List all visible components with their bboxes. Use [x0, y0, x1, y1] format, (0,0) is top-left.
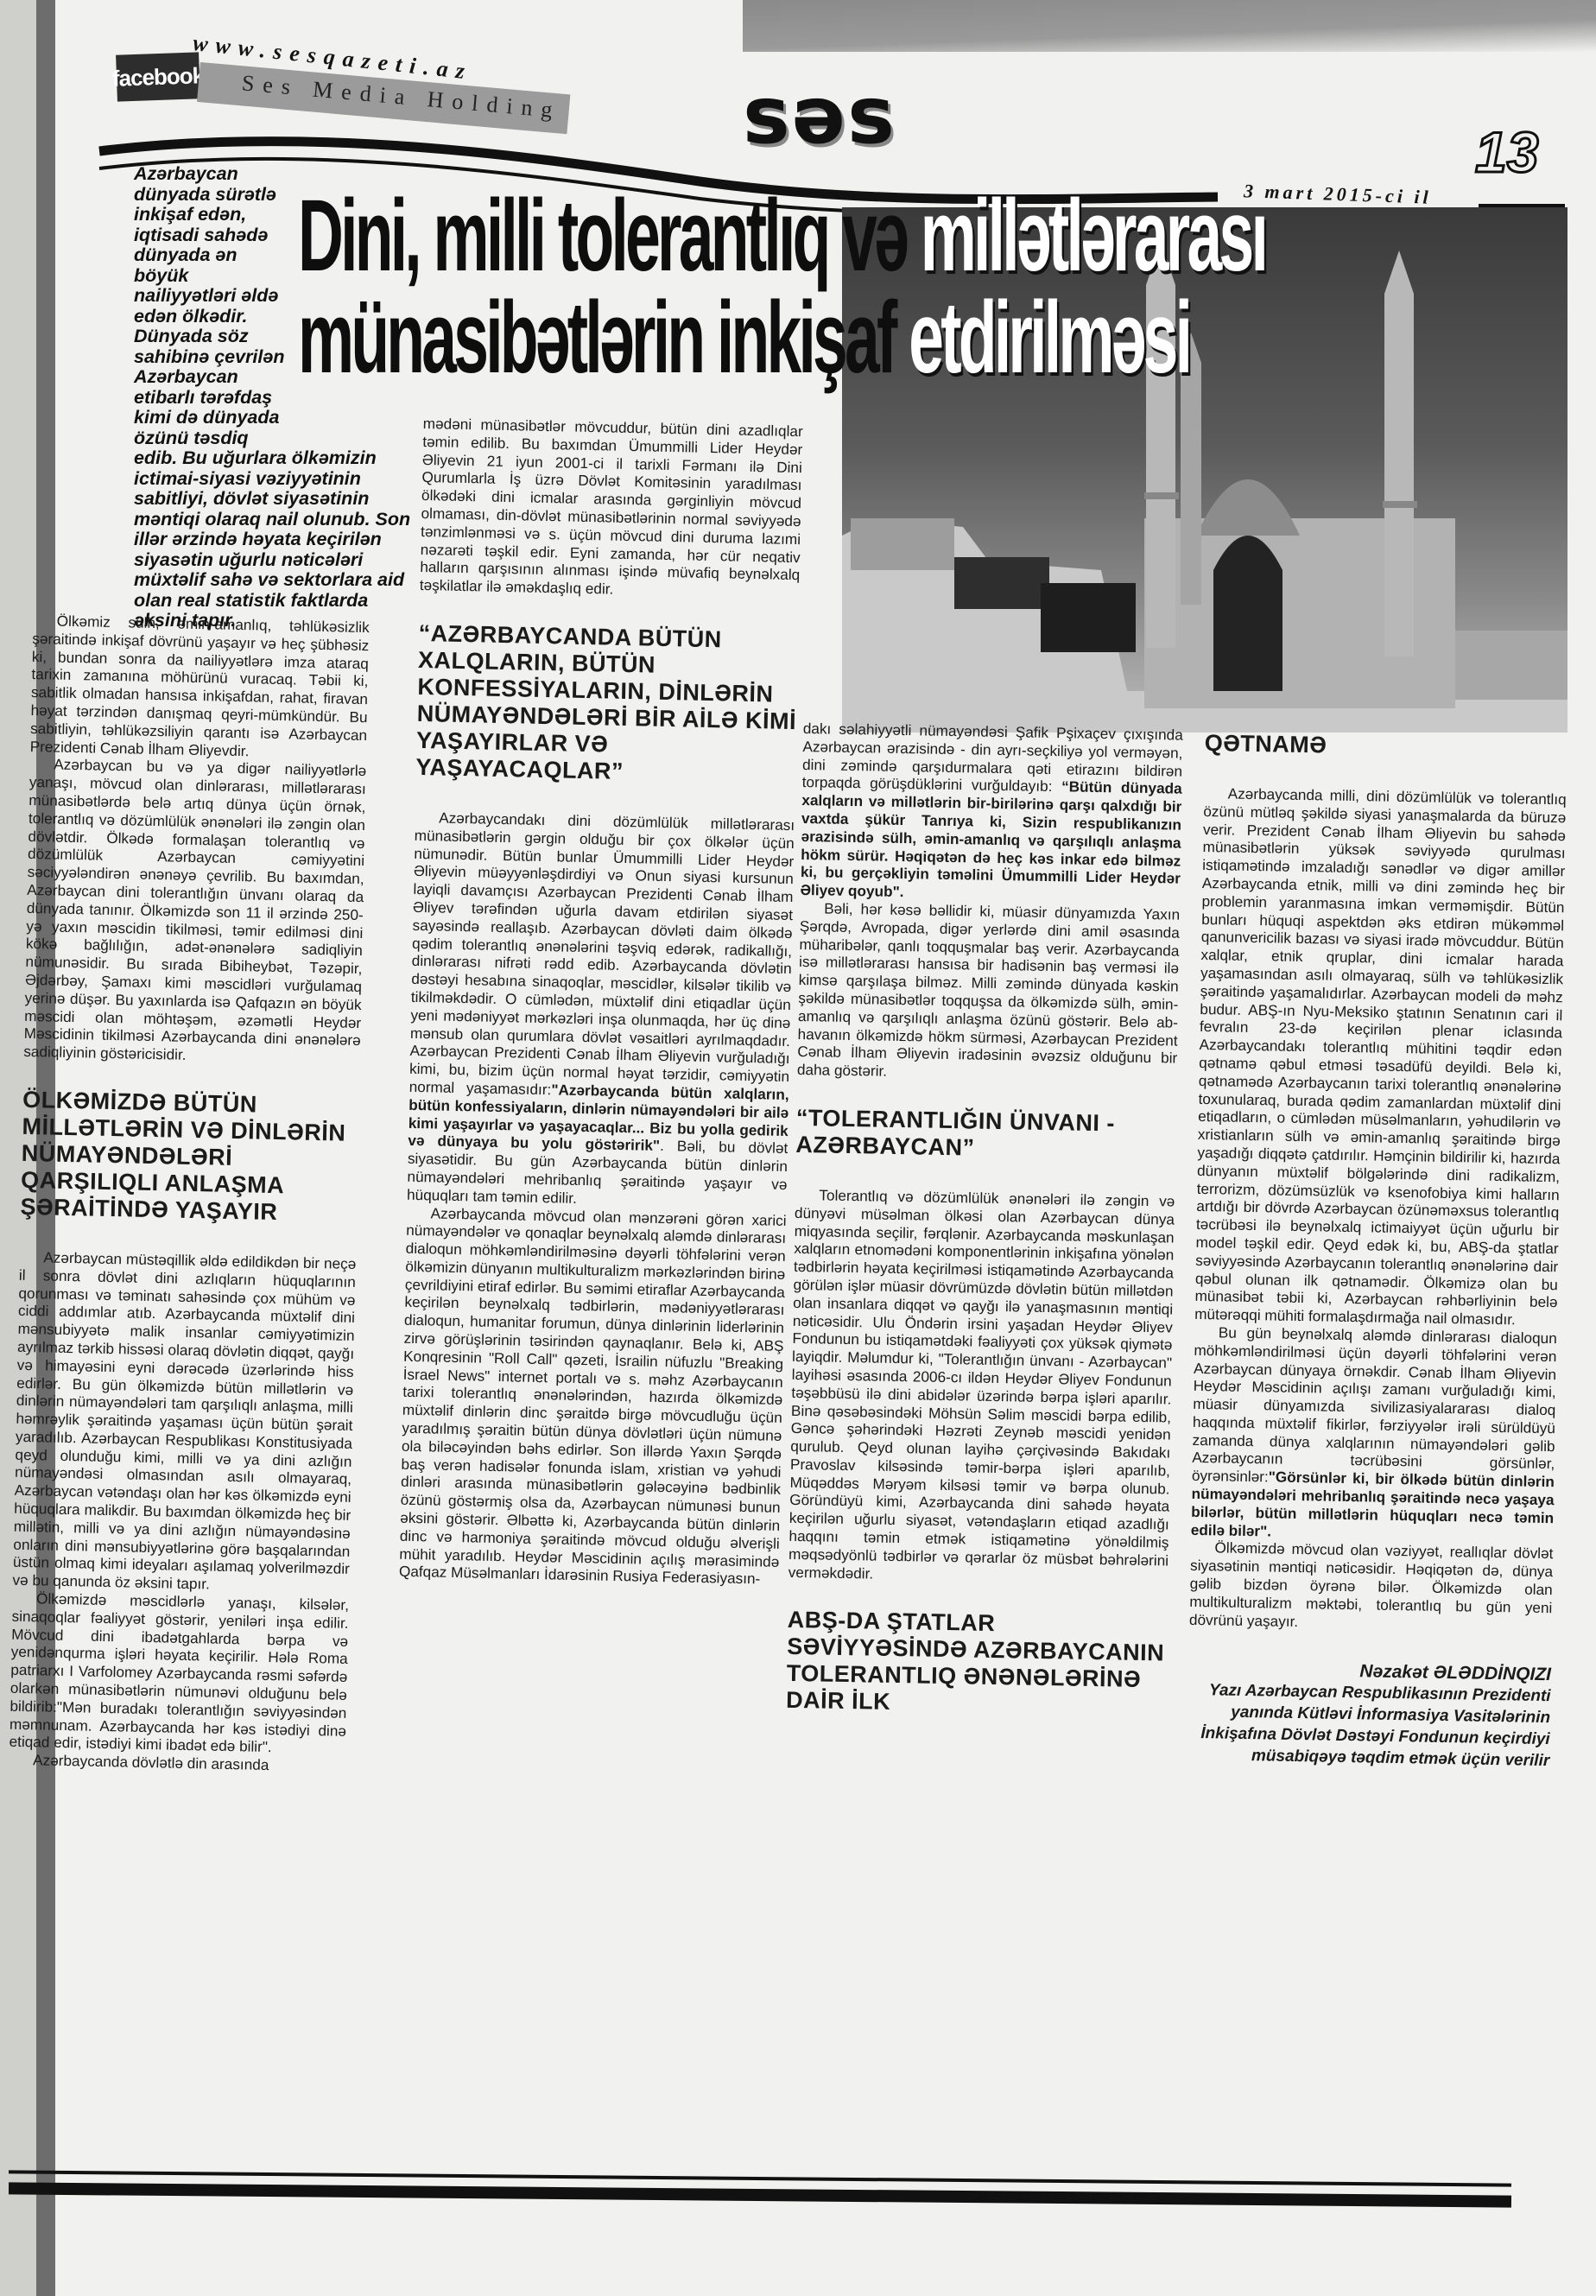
author-signature: Nəzakət ƏLƏDDİNQIZI Yazı Azərbaycan Resp… — [1187, 1658, 1551, 1772]
paragraph: dakı səlahiyyətli nümayəndəsi Şafik Pşix… — [800, 720, 1183, 906]
subheading: “TOLERANTLIĞIN ÜNVANI - AZƏRBAYCAN” — [795, 1105, 1176, 1165]
newspaper-page: www.sesqazeti.az facebook Ses Media Hold… — [0, 0, 1596, 2296]
subheading: “AZƏRBAYCANDA BÜTÜN XALQLARIN, BÜTÜN KON… — [415, 620, 799, 789]
paragraph: Azərbaycanda mövcud olan mənzərəni görən… — [399, 1203, 787, 1589]
author-note: Yazı Azərbaycan Respublikasının Preziden… — [1187, 1679, 1551, 1772]
subheading: ABŞ-DA ŞTATLAR SƏVİYYƏSİNDƏ AZƏRBAYCANIN… — [786, 1607, 1168, 1721]
paragraph: Tolerantlıq və dözümlülük ənənələri ilə … — [788, 1186, 1175, 1588]
footer-rule — [9, 2182, 1511, 2207]
paragraph: Bu gün beynəlxalq aləmdə dinlərarası dia… — [1191, 1323, 1557, 1545]
scan-shadow — [743, 0, 1596, 52]
paragraph: Ölkəmiz sülh, əmin-amanlıq, təhlükəsizli… — [30, 612, 370, 763]
paragraph: Ölkəmizdə mövcud olan vəziyyət, reallıql… — [1189, 1538, 1554, 1634]
paragraph: Azərbaycan bu və ya digər nailiyyətlərlə… — [23, 755, 366, 1068]
paragraph: Ölkəmizdə məscidlərlə yanaşı, kilsələr, … — [9, 1589, 349, 1758]
subheading: QƏTNAMƏ — [1204, 730, 1567, 763]
paragraph: mədəni münasibətlər mövcuddur, bütün din… — [420, 415, 803, 602]
column-2: mədəni münasibətlər mövcuddur, bütün din… — [399, 415, 803, 1589]
issue-date: 3 mart 2015-ci il — [1244, 180, 1432, 209]
paragraph: Bəli, hər kəsə bəllidir ki, müasir dünya… — [797, 899, 1181, 1086]
paragraph: Azərbaycandakı dini dözümlülük millətlər… — [407, 809, 795, 1212]
quote: “Bütün dünyada xalqların və millətlərin … — [800, 778, 1181, 901]
column-1: Ölkəmiz sülh, əmin-amanlıq, təhlükəsizli… — [9, 612, 370, 1776]
column-4: QƏTNAMƏ Azərbaycanda milli, dini dözümlü… — [1187, 730, 1567, 1773]
facebook-icon: facebook — [116, 52, 200, 101]
page-number: 13 — [1475, 119, 1538, 185]
subheading: ÖLKƏMİZDƏ BÜTÜN MİLLƏTLƏRİN VƏ DİNLƏRİN … — [20, 1087, 359, 1227]
column-3: dakı səlahiyyətli nümayəndəsi Şafik Pşix… — [785, 720, 1183, 1748]
paragraph: Azərbaycanda milli, dini dözümlülük və t… — [1194, 784, 1567, 1329]
paragraph: Azərbaycan müstəqillik əldə edildikdən b… — [12, 1248, 356, 1596]
